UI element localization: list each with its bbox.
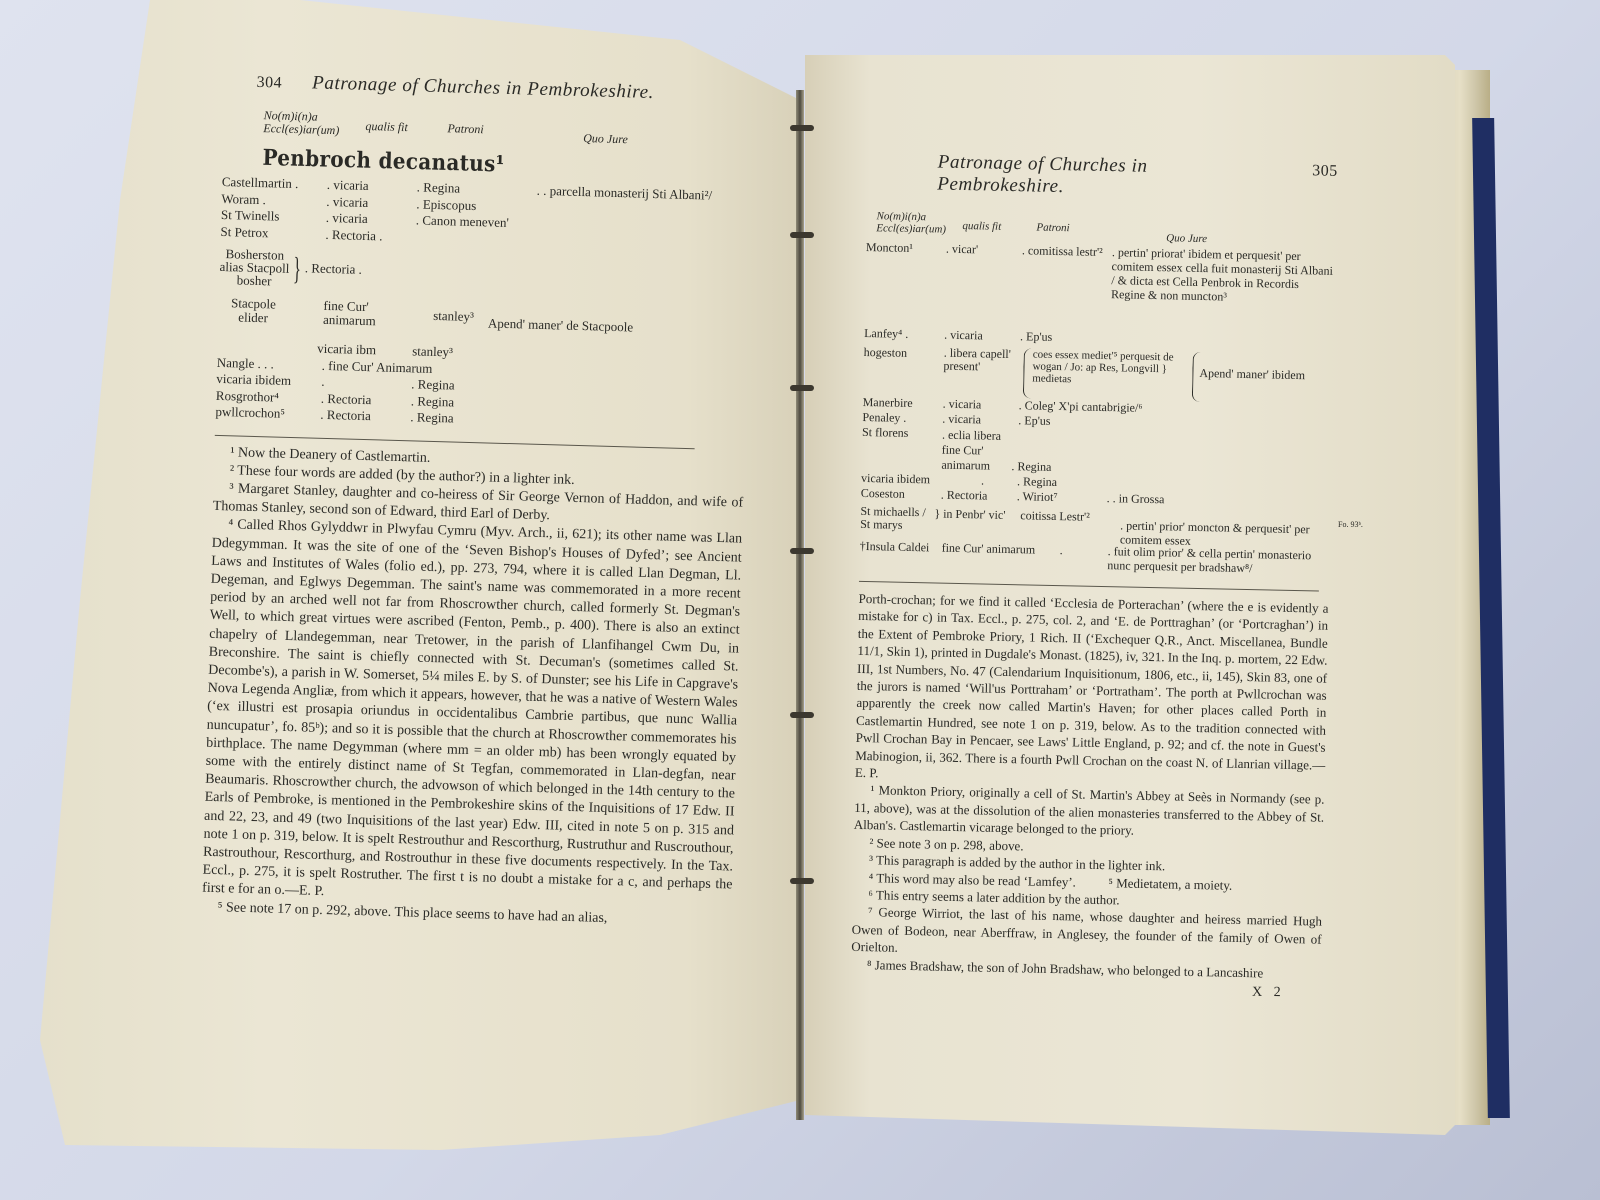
church-name: Bosherston alias Stacpoll bosher bbox=[219, 246, 290, 287]
qualis: . vicaria bbox=[944, 328, 1020, 345]
church-name: Coseston bbox=[861, 486, 941, 503]
column-header-quo-jure: Quo Jure bbox=[583, 132, 628, 146]
patroni: . Canon meneven' bbox=[416, 212, 536, 232]
brace-icon: } bbox=[293, 260, 301, 276]
qualis: fine Cur' animarum bbox=[288, 298, 414, 329]
binding-thread bbox=[790, 232, 814, 238]
footnote: ¹ Monkton Priory, originally a cell of S… bbox=[854, 781, 1325, 843]
footnotes: ¹ Now the Deanery of Castlemartin. ² The… bbox=[201, 443, 744, 931]
running-head: Patronage of Churches in Pembrokeshire. … bbox=[867, 150, 1338, 204]
qualis: . vicaria bbox=[943, 397, 1019, 414]
quo-jure: . pertin' priorat' ibidem et perquesit' … bbox=[1110, 245, 1336, 336]
binding-thread bbox=[790, 878, 814, 884]
footnotes: Porth-crochan; for we find it called ‘Ec… bbox=[851, 590, 1329, 983]
church-name: †Insula Caldei bbox=[859, 539, 942, 569]
patronage-table: Castellmartin . . vicaria . Regina . . p… bbox=[215, 174, 752, 435]
footnote-continuation: Porth-crochan; for we find it called ‘Ec… bbox=[855, 590, 1329, 791]
quo-jure: Apend' maner' ibidem bbox=[1192, 352, 1334, 405]
column-header-names: No(m)i(n)a Eccl(es)iar(um) bbox=[263, 109, 354, 138]
qualis: . Rectoria bbox=[941, 488, 1017, 505]
open-book: 304 Patronage of Churches in Pembrokeshi… bbox=[0, 0, 1600, 1200]
page-number: 305 bbox=[1312, 162, 1338, 181]
qualis: . eclia libera fine Cur' animarum bbox=[941, 428, 1012, 474]
patroni: . bbox=[1059, 543, 1108, 572]
column-header-patroni: Patroni bbox=[447, 122, 484, 136]
quo-jure: . pertin' prior' moncton & perquesit' pe… bbox=[1120, 510, 1331, 548]
binding-thread bbox=[790, 712, 814, 718]
church-name: St michaells / St marys bbox=[860, 505, 931, 540]
patroni: . Wiriot⁷ bbox=[1017, 489, 1107, 506]
church-name: St Petrox bbox=[220, 223, 325, 242]
patronage-table: Moncton¹ . vicar' . comitissa lestr'² . … bbox=[859, 240, 1336, 577]
church-name: Stacpole elider bbox=[218, 296, 289, 326]
church-name: St florens bbox=[862, 425, 942, 442]
church-name: Lanfey⁴ . bbox=[864, 326, 944, 343]
running-title: Patronage of Churches in Pembrokeshire. bbox=[937, 151, 1278, 202]
left-page-content: 304 Patronage of Churches in Pembrokeshi… bbox=[201, 70, 754, 931]
patroni: coes essex mediet'⁵ perquesit de wogan /… bbox=[1023, 348, 1193, 402]
qualis: . bbox=[981, 473, 1017, 489]
qualis: . Rectoria . bbox=[325, 226, 415, 245]
right-page-content: Patronage of Churches in Pembrokeshire. … bbox=[851, 150, 1338, 983]
binding-thread bbox=[790, 548, 814, 554]
qualis: . Rectoria bbox=[320, 407, 410, 426]
church-name: Manerbire bbox=[863, 395, 943, 412]
page-number: 304 bbox=[256, 74, 282, 93]
column-header-qualis: qualis fit bbox=[365, 120, 408, 134]
patroni: coitissa Lestr'² bbox=[1020, 508, 1121, 544]
patroni: . Ep'us bbox=[1018, 413, 1108, 430]
column-header-patroni: Patroni bbox=[1036, 222, 1069, 235]
patroni: . Regina bbox=[410, 409, 530, 429]
binding-thread bbox=[790, 385, 814, 391]
footnote: ⁴ Called Rhos Gylyddwr in Plwyfau Cymru … bbox=[202, 516, 742, 913]
patroni: . Ep'us bbox=[1020, 329, 1110, 346]
qualis: . libera capell' present' bbox=[943, 347, 1024, 399]
column-header-quo-jure: Quo Jure bbox=[1166, 232, 1207, 245]
signature-mark: X 2 bbox=[1252, 985, 1285, 1001]
folio-margin-note: Fo. 93ᵇ. bbox=[1338, 520, 1363, 529]
column-header-names: No(m)i(n)a Eccl(es)iar(um) bbox=[876, 210, 956, 236]
column-header-qualis: qualis fit bbox=[962, 220, 1001, 233]
book-gutter bbox=[796, 90, 804, 1120]
church-name: pwllcrochon⁵ bbox=[215, 404, 320, 423]
qualis: . vicaria bbox=[942, 412, 1018, 429]
qualis: . Rectoria . bbox=[305, 260, 395, 279]
patroni: stanley³ bbox=[412, 343, 487, 362]
church-name: hogeston bbox=[863, 345, 944, 397]
qualis: fine Cur' animarum bbox=[941, 541, 1060, 571]
table-row: Moncton¹ . vicar' . comitissa lestr'² . … bbox=[864, 240, 1336, 336]
patroni: . comitissa lestr'² bbox=[1020, 243, 1112, 331]
church-name: Moncton¹ bbox=[864, 240, 946, 328]
footnote-rule bbox=[859, 581, 1319, 592]
qualis: . vicar' bbox=[944, 242, 1022, 330]
binding-thread bbox=[790, 125, 814, 131]
quo-jure: . fuit olim prior' & cella pertin' monas… bbox=[1107, 544, 1330, 577]
qualis: } in Penbr' vic' bbox=[930, 506, 1021, 542]
church-name: Penaley . bbox=[862, 410, 942, 427]
